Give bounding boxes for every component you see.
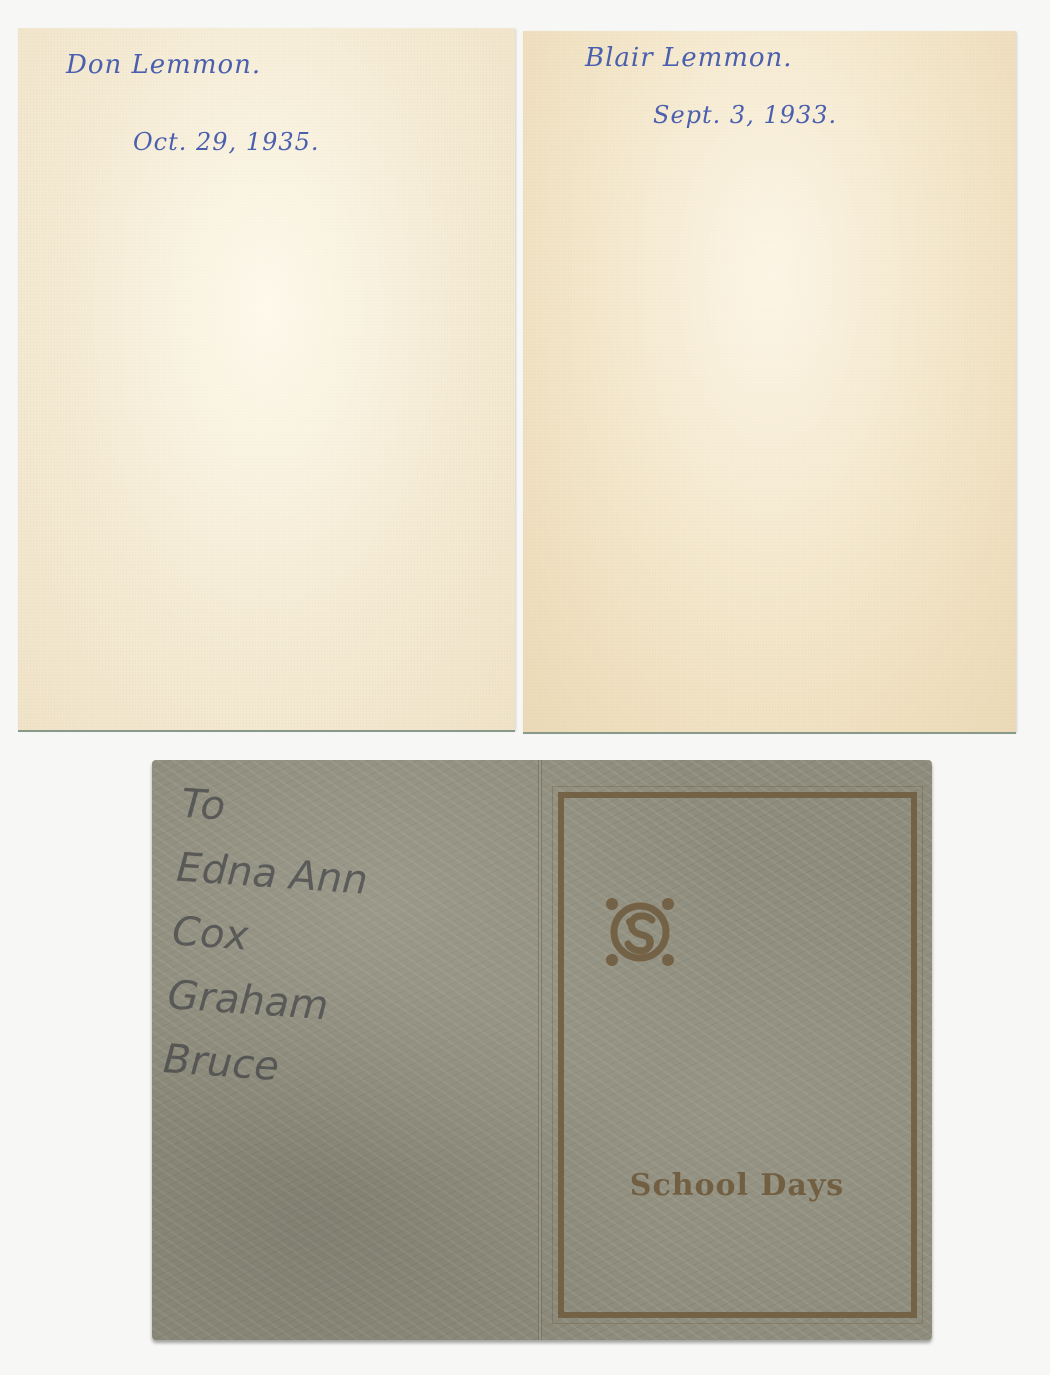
booklet-spine [538, 760, 542, 1340]
pencil-inscription: To Edna Ann Cox Graham Bruce [161, 772, 374, 1105]
handwritten-date: Sept. 3, 1933. [653, 101, 837, 129]
handwritten-date: Oct. 29, 1935. [133, 128, 320, 156]
ornate-monogram-icon [600, 892, 680, 972]
photo-card-back-blair: Blair Lemmon. Sept. 3, 1933. [523, 31, 1016, 732]
cover-frame [558, 792, 917, 1318]
photo-card-back-don: Don Lemmon. Oct. 29, 1935. [18, 28, 515, 730]
school-days-booklet: To Edna Ann Cox Graham Bruce School Days [152, 760, 932, 1340]
inscription-line: Bruce [161, 1027, 356, 1104]
handwritten-name: Don Lemmon. [66, 50, 261, 80]
handwritten-name: Blair Lemmon. [585, 43, 793, 73]
cover-title: School Days [572, 1168, 902, 1203]
